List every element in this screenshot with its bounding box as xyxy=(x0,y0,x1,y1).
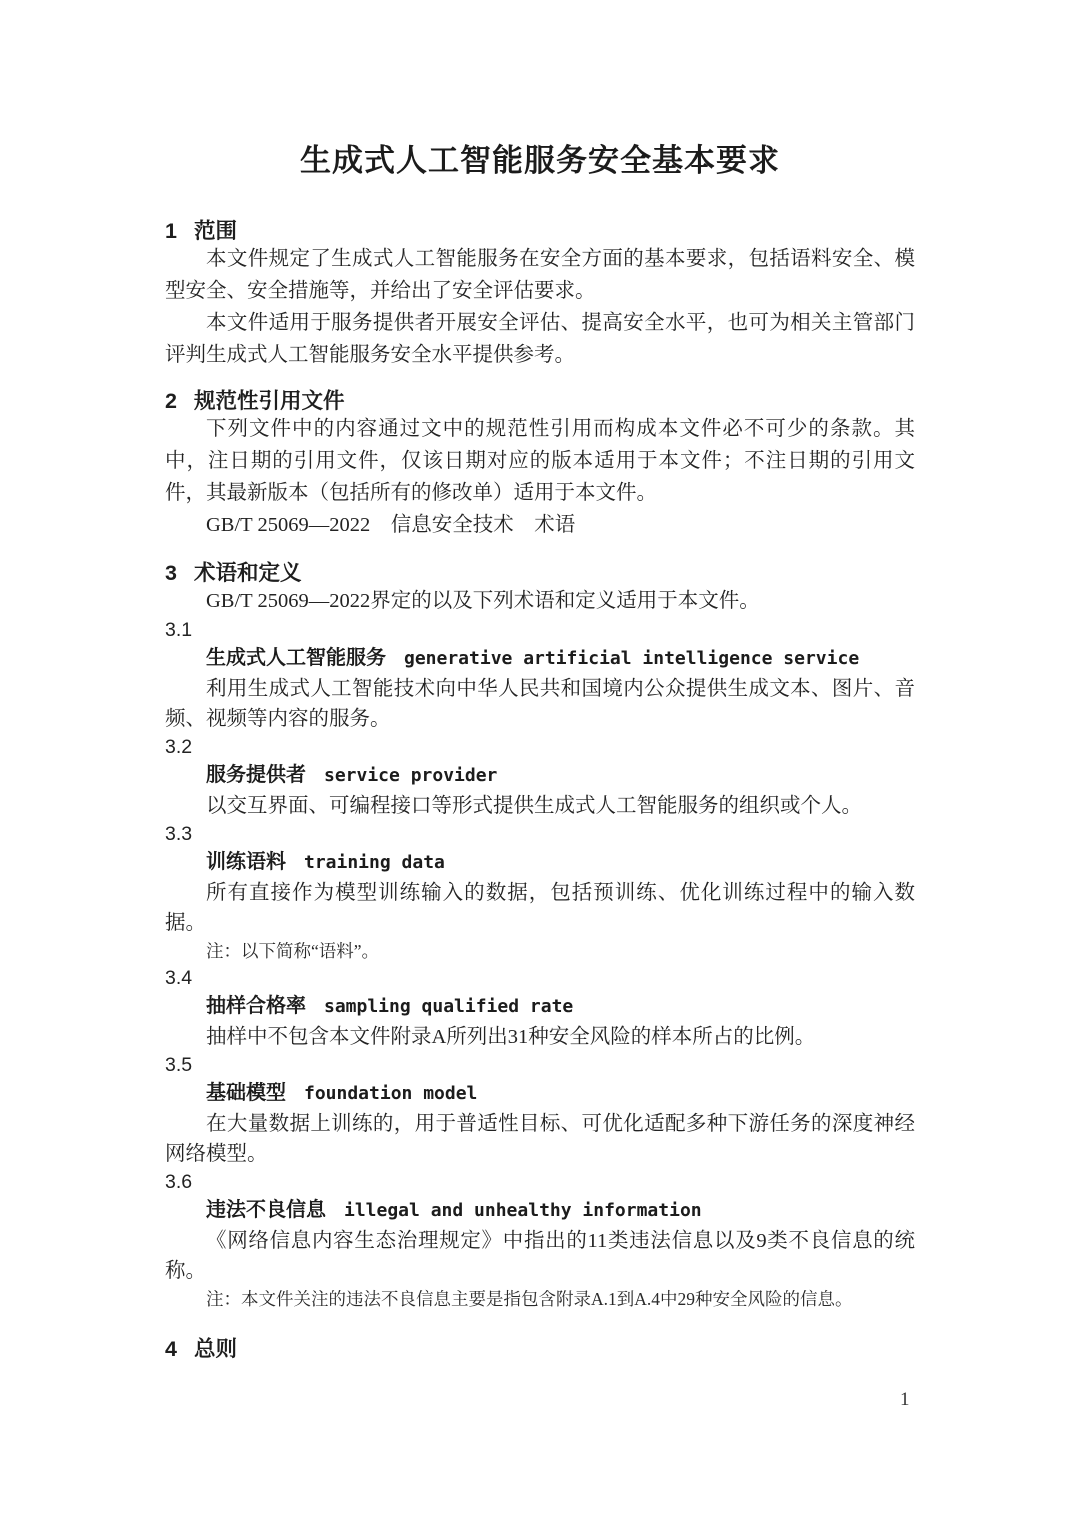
term-name-zh: 违法不良信息 xyxy=(206,1199,326,1221)
normative-reference: GB/T 25069—2022 信息安全技术 术语 xyxy=(165,509,915,541)
term-definition: 抽样中不包含本文件附录A所列出31种安全风险的样本所占的比例。 xyxy=(165,1022,915,1052)
term-block: 3.5 基础模型foundation model 在大量数据上训练的，用于普适性… xyxy=(165,1052,915,1169)
section-1-paragraph-1: 本文件规定了生成式人工智能服务在安全方面的基本要求，包括语料安全、模型安全、安全… xyxy=(165,243,915,307)
section-4-number: 4 xyxy=(165,1337,177,1361)
term-name-en: generative artificial intelligence servi… xyxy=(404,648,859,669)
section-2-heading: 2规范性引用文件 xyxy=(165,389,915,413)
term-name-zh: 基础模型 xyxy=(206,1082,286,1104)
term-block: 3.3 训练语料training data 所有直接作为模型训练输入的数据，包括… xyxy=(165,821,915,965)
term-number: 3.5 xyxy=(165,1052,915,1079)
term-number: 3.3 xyxy=(165,821,915,848)
term-name-zh: 训练语料 xyxy=(206,851,286,873)
document-page: 生成式人工智能服务安全基本要求 1范围 本文件规定了生成式人工智能服务在安全方面… xyxy=(0,0,1080,1527)
term-block: 3.2 服务提供者service provider 以交互界面、可编程接口等形式… xyxy=(165,734,915,821)
term-name-en: service provider xyxy=(324,765,497,786)
term-name-line: 生成式人工智能服务generative artificial intellige… xyxy=(165,644,915,674)
term-definition: 在大量数据上训练的，用于普适性目标、可优化适配多种下游任务的深度神经网络模型。 xyxy=(165,1109,915,1169)
term-definition: 所有直接作为模型训练输入的数据，包括预训练、优化训练过程中的输入数据。 xyxy=(165,878,915,938)
section-2-number: 2 xyxy=(165,389,177,413)
term-name-en: foundation model xyxy=(304,1083,477,1104)
term-definition: 《网络信息内容生态治理规定》中指出的11类违法信息以及9类不良信息的统称。 xyxy=(165,1226,915,1286)
term-name-line: 抽样合格率sampling qualified rate xyxy=(165,992,915,1022)
section-3-title: 术语和定义 xyxy=(194,561,302,585)
term-name-en: illegal and unhealthy information xyxy=(344,1200,702,1221)
term-note: 注：以下简称“语料”。 xyxy=(165,938,915,965)
term-name-zh: 抽样合格率 xyxy=(206,995,306,1017)
term-name-zh: 生成式人工智能服务 xyxy=(206,647,386,669)
term-block: 3.6 违法不良信息illegal and unhealthy informat… xyxy=(165,1169,915,1313)
term-block: 3.1 生成式人工智能服务generative artificial intel… xyxy=(165,617,915,734)
section-2-title: 规范性引用文件 xyxy=(194,389,345,413)
term-note: 注：本文件关注的违法不良信息主要是指包含附录A.1到A.4中29种安全风险的信息… xyxy=(165,1286,915,1313)
section-4-heading: 4总则 xyxy=(165,1337,915,1361)
term-definition: 利用生成式人工智能技术向中华人民共和国境内公众提供生成文本、图片、音频、视频等内… xyxy=(165,674,915,734)
term-name-line: 基础模型foundation model xyxy=(165,1079,915,1109)
term-block: 3.4 抽样合格率sampling qualified rate 抽样中不包含本… xyxy=(165,965,915,1052)
term-name-line: 训练语料training data xyxy=(165,848,915,878)
doc-title: 生成式人工智能服务安全基本要求 xyxy=(165,140,915,182)
term-definition: 以交互界面、可编程接口等形式提供生成式人工智能服务的组织或个人。 xyxy=(165,791,915,821)
term-name-zh: 服务提供者 xyxy=(206,764,306,786)
section-4-title: 总则 xyxy=(194,1337,237,1361)
section-3-heading: 3术语和定义 xyxy=(165,561,915,585)
term-number: 3.6 xyxy=(165,1169,915,1196)
term-number: 3.4 xyxy=(165,965,915,992)
section-3-intro: GB/T 25069—2022界定的以及下列术语和定义适用于本文件。 xyxy=(165,585,915,617)
section-1-title: 范围 xyxy=(194,219,237,243)
term-number: 3.2 xyxy=(165,734,915,761)
section-2-paragraph-1: 下列文件中的内容通过文中的规范性引用而构成本文件必不可少的条款。其中，注日期的引… xyxy=(165,413,915,509)
term-name-line: 服务提供者service provider xyxy=(165,761,915,791)
term-number: 3.1 xyxy=(165,617,915,644)
term-name-line: 违法不良信息illegal and unhealthy information xyxy=(165,1196,915,1226)
page-number: 1 xyxy=(900,1389,910,1411)
section-1-number: 1 xyxy=(165,219,177,243)
section-3-number: 3 xyxy=(165,561,177,585)
page-content: 生成式人工智能服务安全基本要求 1范围 本文件规定了生成式人工智能服务在安全方面… xyxy=(0,0,1080,1361)
section-1-heading: 1范围 xyxy=(165,219,915,243)
term-name-en: training data xyxy=(304,852,445,873)
section-1-paragraph-2: 本文件适用于服务提供者开展安全评估、提高安全水平，也可为相关主管部门评判生成式人… xyxy=(165,307,915,371)
term-name-en: sampling qualified rate xyxy=(324,996,573,1017)
